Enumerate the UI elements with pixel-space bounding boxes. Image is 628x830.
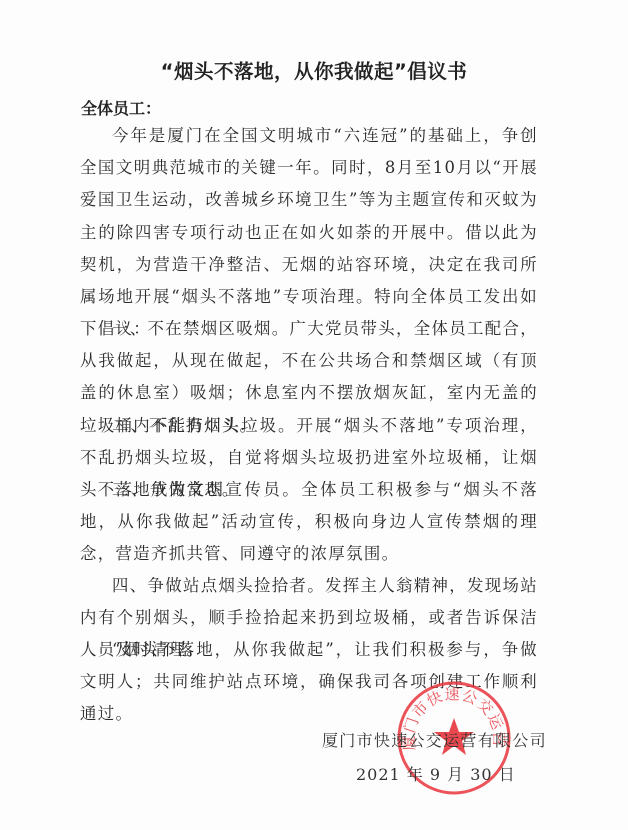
signature-date: 2021 年 9 月 30 日 xyxy=(356,762,516,785)
salutation: 全体员工： xyxy=(81,96,161,119)
paragraph-item-3: 三、争做文明宣传员。全体员工积极参与“烟头不落地，从你我做起”活动宣传，积极向身… xyxy=(80,474,538,571)
document-title: “烟头不落地，从你我做起”倡议书 xyxy=(0,56,628,84)
signature-company: 厦门市快速公交运营有限公司 xyxy=(322,728,547,751)
paragraph-intro: 今年是厦门在全国文明城市“六连冠”的基础上，争创全国文明典范城市的关键一年。同时… xyxy=(80,120,538,345)
